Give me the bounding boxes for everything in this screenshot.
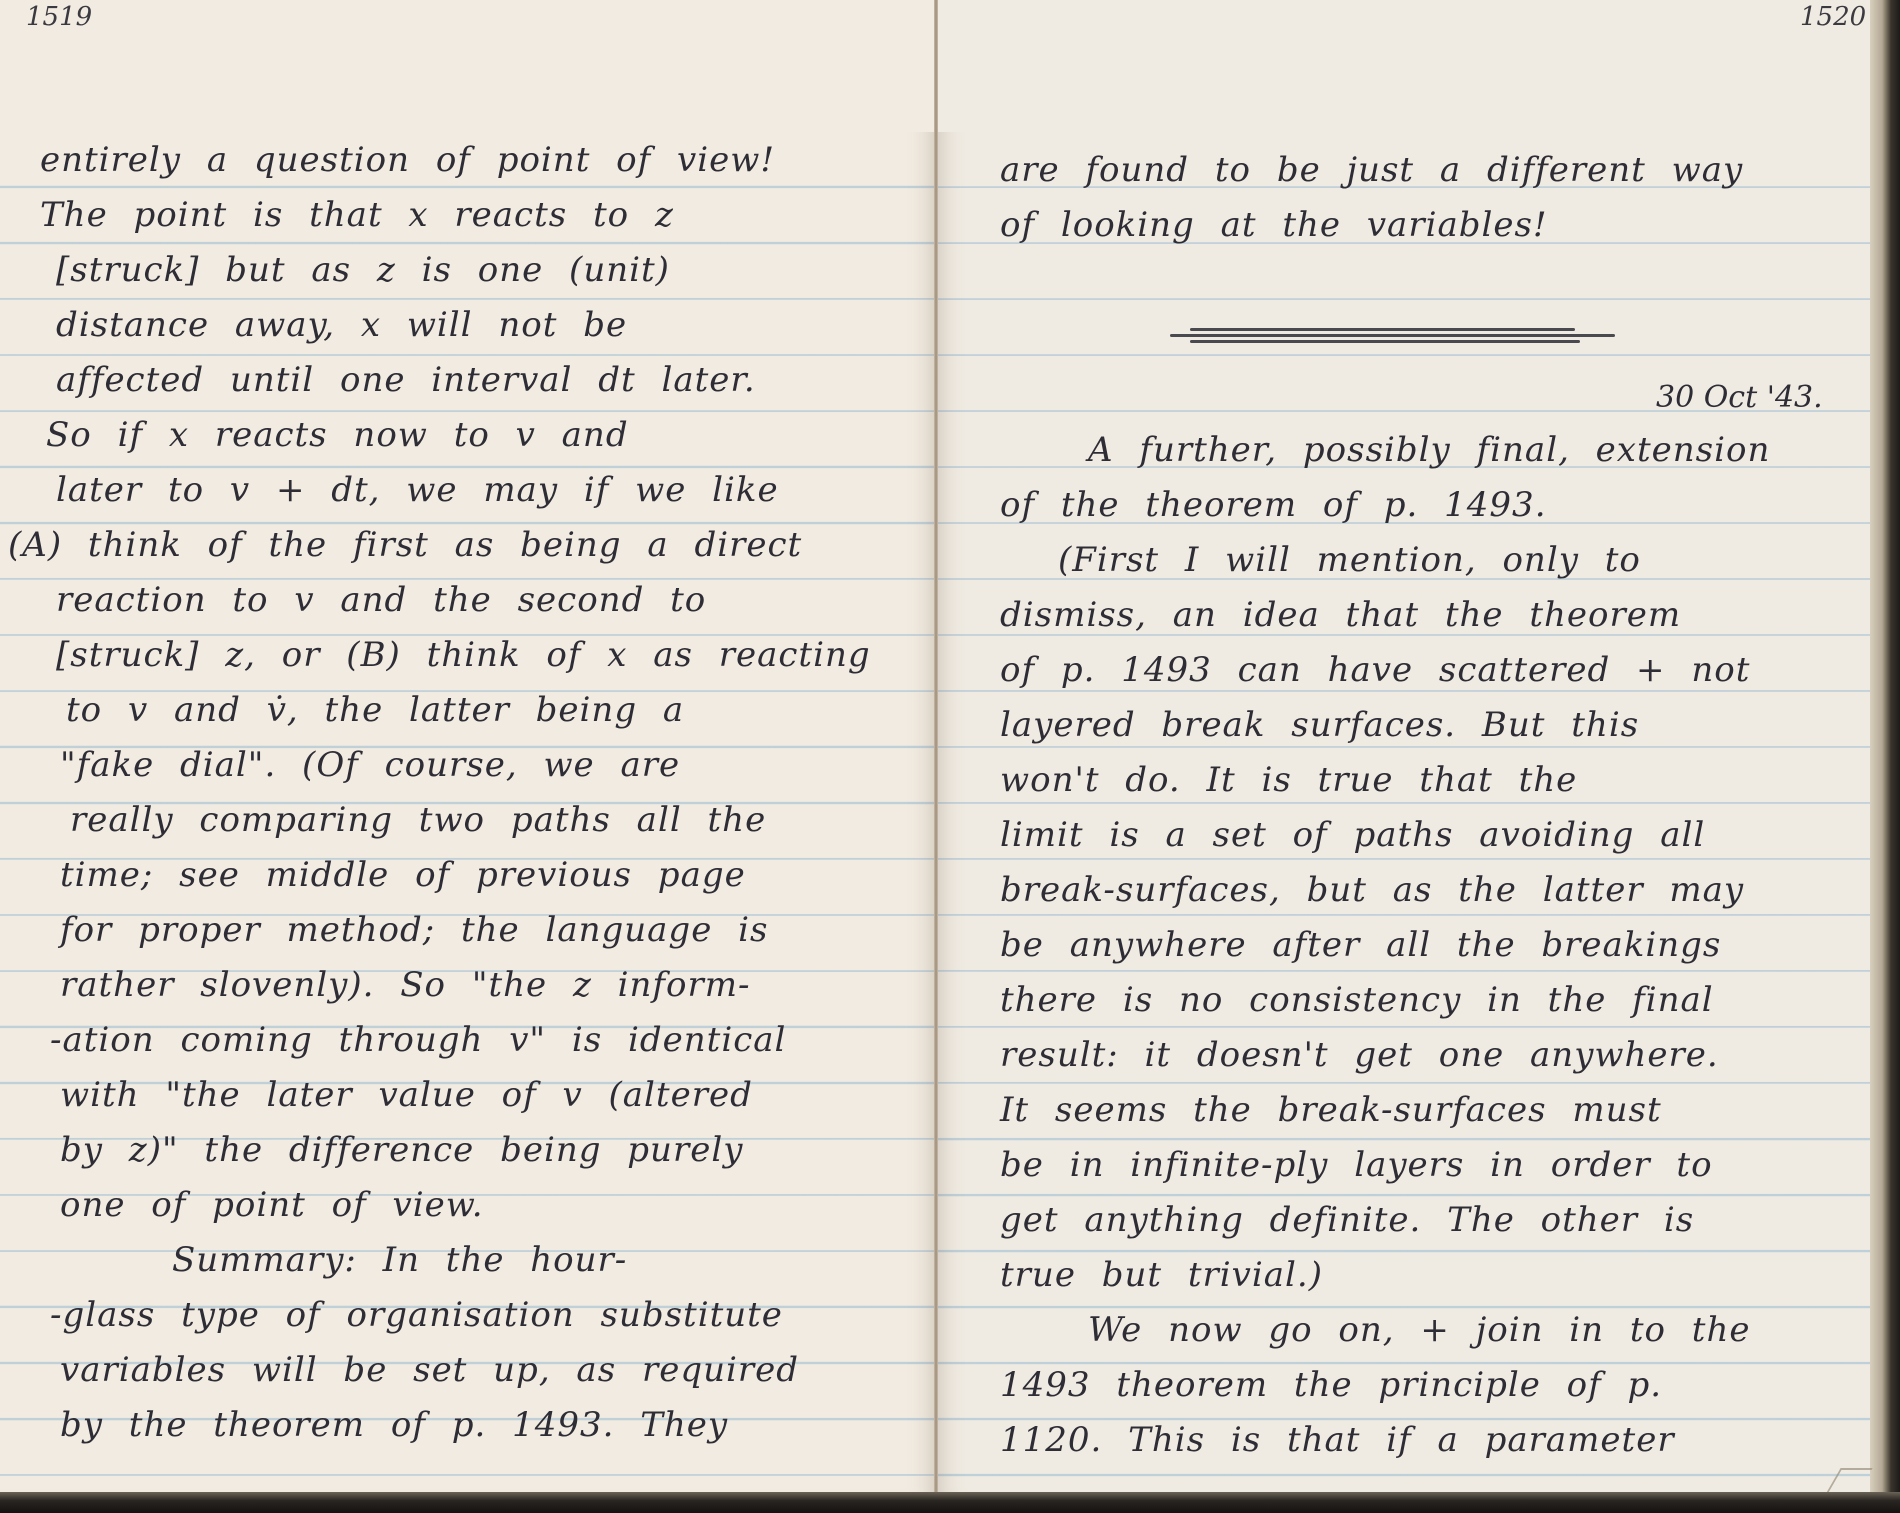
left-line-19: by z)" the difference being purely (60, 1130, 743, 1170)
right-line-21: 1120. This is that if a parameter (1000, 1420, 1675, 1460)
left-line-23: variables will be set up, as required (60, 1350, 799, 1390)
right-page-number: 1520 (1800, 2, 1866, 32)
right-line-3: A further, possibly final, extension (1088, 430, 1770, 470)
right-line-11: break-surfaces, but as the latter may (1000, 870, 1744, 910)
book-bottom-edge (0, 1492, 1900, 1513)
right-line-14: result: it doesn't get one anywhere. (1000, 1035, 1719, 1075)
right-line-4: of the theorem of p. 1493. (1000, 485, 1547, 525)
left-line-12: "fake dial". (Of course, we are (60, 745, 680, 785)
right-line-1: are found to be just a different way (1000, 150, 1743, 190)
right-page: 1520 are found to be just a different wa… (938, 0, 1870, 1500)
right-line-12: be anywhere after all the breakings (1000, 925, 1721, 965)
right-line-15: It seems the break-surfaces must (1000, 1090, 1662, 1130)
right-line-9: won't do. It is true that the (1000, 760, 1577, 800)
right-line-2: of looking at the variables! (1000, 205, 1548, 245)
right-line-7: of p. 1493 can have scattered + not (1000, 650, 1750, 690)
left-page-number: 1519 (26, 2, 92, 32)
left-line-21: Summary: In the hour- (172, 1240, 627, 1280)
left-line-8: (A) think of the first as being a direct (8, 525, 802, 565)
left-line-4: distance away, x will not be (56, 305, 627, 345)
right-line-8: layered break surfaces. But this (1000, 705, 1639, 745)
entry-date: 30 Oct '43. (1656, 380, 1823, 415)
left-page: 1519 entirely a question of point of vie… (0, 0, 936, 1500)
right-line-10: limit is a set of paths avoiding all (1000, 815, 1705, 855)
right-line-13: there is no consistency in the final (1000, 980, 1714, 1020)
left-line-9: reaction to v and the second to (56, 580, 706, 620)
left-line-6: So if x reacts now to v and (46, 415, 629, 455)
left-line-1: entirely a question of point of view! (40, 140, 775, 180)
left-line-2: The point is that x reacts to z (40, 195, 674, 235)
right-line-17: get anything definite. The other is (1000, 1200, 1694, 1240)
left-line-10: [struck] z, or (B) think of x as reactin… (56, 635, 871, 675)
right-line-18: true but trivial.) (1000, 1255, 1323, 1295)
left-line-24: by the theorem of p. 1493. They (60, 1405, 728, 1445)
notebook-spread: 1519 entirely a question of point of vie… (0, 0, 1900, 1500)
page-edge (1870, 0, 1900, 1500)
left-line-22: -glass type of organisation substitute (50, 1295, 783, 1335)
right-line-16: be in infinite-ply layers in order to (1000, 1145, 1713, 1185)
left-line-3: [struck] but as z is one (unit) (56, 250, 670, 290)
left-line-11: to v and v̇, the latter being a (66, 690, 684, 730)
left-line-16: rather slovenly). So "the z inform- (60, 965, 750, 1005)
left-line-20: one of point of view. (60, 1185, 484, 1225)
left-line-7: later to v + dt, we may if we like (56, 470, 779, 510)
right-line-6: dismiss, an idea that the theorem (1000, 595, 1681, 635)
left-line-15: for proper method; the language is (60, 910, 768, 950)
left-line-14: time; see middle of previous page (60, 855, 746, 895)
right-line-20: 1493 theorem the principle of p. (1000, 1365, 1662, 1405)
right-line-5: (First I will mention, only to (1058, 540, 1641, 580)
left-line-18: with "the later value of v (altered (60, 1075, 753, 1115)
left-line-13: really comparing two paths all the (70, 800, 766, 840)
section-divider (1170, 326, 1620, 346)
right-line-19: We now go on, + join in to the (1088, 1310, 1751, 1350)
left-line-5: affected until one interval dt later. (56, 360, 756, 400)
left-line-17: -ation coming through v" is identical (50, 1020, 786, 1060)
